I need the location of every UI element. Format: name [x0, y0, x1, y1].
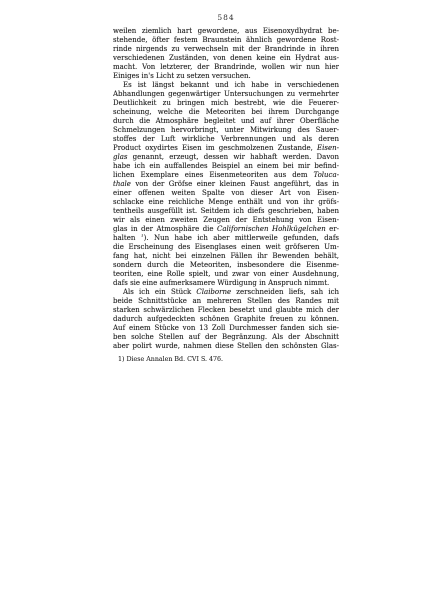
text-segment: Es ist längst bekannt und ich habe in ve… [123, 81, 339, 89]
text-line: Schmelzungen hervorbringt, unter Mitwirk… [113, 126, 339, 135]
text-segment: teoriten, eine Rolle spielt, und zwar vo… [113, 270, 339, 278]
text-segment: Auf einem Stücke von 13 Zoll Durchmesser… [113, 324, 339, 332]
italic-term: Claiborne [196, 288, 231, 296]
text-line: lichen Exemplare eines Eisenmeteoriten a… [113, 171, 339, 180]
text-segment: Abhandlungen gegenwärtiger Untersuchunge… [113, 90, 339, 98]
text-segment: sondern durch die Meteoriten, insbesonde… [113, 261, 339, 269]
text-segment: ). Nun habe ich aber mittlerweile gefund… [144, 234, 339, 242]
text-segment: durch die Atmosphäre begleitet und auf i… [113, 117, 339, 125]
text-line: Als ich ein Stück Claiborne zerschneiden… [113, 288, 339, 297]
text-line: glas genannt, erzeugt, dessen wir habhaf… [113, 153, 339, 162]
text-line: halten 1). Nun habe ich aber mittlerweil… [113, 234, 339, 243]
text-line: stehende, öfter festem Braunstein ähnlic… [113, 36, 339, 45]
text-line: wir als einen zweiten Zeugen der Entsteh… [113, 216, 339, 225]
text-segment: dadurch aufgedeckten schönen Graphite fr… [113, 315, 339, 323]
text-line: dafs sie eine aufmerksamere Würdigung in… [113, 279, 339, 288]
text-line: beide Schnittstücke an mehreren Stellen … [113, 297, 339, 306]
text-line: Product oxydirtes Eisen im geschmolzenen… [113, 144, 339, 153]
text-segment: verschiedenen Zuständen, von denen keine… [113, 54, 339, 62]
text-line: verschiedenen Zuständen, von denen keine… [113, 54, 339, 63]
text-line: fang hat, nicht bei einzelnen Fällen ihr… [113, 252, 339, 261]
text-line: Es ist längst bekannt und ich habe in ve… [113, 81, 339, 90]
text-line: scheinung, welche die Meteoriten bei ihr… [113, 108, 339, 117]
body-text: weilen ziemlich hart gewordene, aus Eise… [113, 27, 339, 351]
text-segment: von der Gröfse einer kleinen Faust angef… [131, 180, 339, 188]
text-line: teoriten, eine Rolle spielt, und zwar vo… [113, 270, 339, 279]
text-line: Auf einem Stücke von 13 Zoll Durchmesser… [113, 324, 339, 333]
text-segment: aber polirt wurde, nahmen diese Stellen … [113, 342, 339, 350]
text-line: ben solche Stellen auf der Begränzung. A… [113, 333, 339, 342]
text-line: einer offenen weiten Spalte von dieser A… [113, 189, 339, 198]
text-segment: die Erscheinung des Eisenglases einen we… [113, 243, 339, 251]
text-segment: Als ich ein Stück [123, 288, 196, 296]
text-line: habe ich ein auffallendes Beispiel an ei… [113, 162, 339, 171]
text-line: Einiges in's Licht zu setzen versuchen. [113, 72, 339, 81]
italic-term: Californischen Hohlkügelchen [217, 225, 326, 233]
text-segment: schlacke eine reichliche Menge enthält u… [113, 198, 339, 206]
text-segment: er- [326, 225, 339, 233]
text-line: starken schwärzlichen Flecken besetzt un… [113, 306, 339, 315]
text-line: dadurch aufgedeckten schönen Graphite fr… [113, 315, 339, 324]
text-segment: stoffes der Luft wirkliche Verbrennungen… [113, 135, 339, 143]
text-line: weilen ziemlich hart gewordene, aus Eise… [113, 27, 339, 36]
text-segment: Schmelzungen hervorbringt, unter Mitwirk… [113, 126, 339, 134]
text-segment: starken schwärzlichen Flecken besetzt un… [113, 306, 339, 314]
text-segment: ben solche Stellen auf der Begränzung. A… [113, 333, 339, 341]
text-line: durch die Atmosphäre begleitet und auf i… [113, 117, 339, 126]
text-segment: beide Schnittstücke an mehreren Stellen … [113, 297, 339, 305]
text-line: glas in der Atmosphäre die Californische… [113, 225, 339, 234]
text-segment: Einiges in's Licht zu setzen versuchen. [113, 72, 251, 80]
text-segment: glas in der Atmosphäre die [113, 225, 217, 233]
text-segment: macht. Von letzterer, der Brandrinde, wo… [113, 63, 339, 71]
text-line: tentheils ausgefüllt ist. Seitdem ich di… [113, 207, 339, 216]
text-segment: Deutlichkeit zu bringen mich bestrebt, w… [113, 99, 339, 107]
italic-term: Eisen- [317, 144, 339, 152]
text-segment: dafs sie eine aufmerksamere Würdigung in… [113, 279, 329, 287]
text-segment: lichen Exemplare eines Eisenmeteoriten a… [113, 171, 313, 179]
text-line: macht. Von letzterer, der Brandrinde, wo… [113, 63, 339, 72]
text-line: die Erscheinung des Eisenglases einen we… [113, 243, 339, 252]
text-line: Abhandlungen gegenwärtiger Untersuchunge… [113, 90, 339, 99]
text-line: rinde nirgends zu verwechseln mit der Br… [113, 45, 339, 54]
scanned-book-page: 584 weilen ziemlich hart gewordene, aus … [0, 0, 443, 599]
text-segment: genannt, erzeugt, dessen wir habhaft wer… [128, 153, 340, 161]
text-segment: einer offenen weiten Spalte von dieser A… [113, 189, 339, 197]
text-line: schlacke eine reichliche Menge enthält u… [113, 198, 339, 207]
text-segment: habe ich ein auffallendes Beispiel an ei… [113, 162, 339, 170]
text-line: stoffes der Luft wirkliche Verbrennungen… [113, 135, 339, 144]
text-segment: zerschneiden liefs, sah ich [231, 288, 339, 296]
text-line: sondern durch die Meteoriten, insbesonde… [113, 261, 339, 270]
text-segment: Product oxydirtes Eisen im geschmolzenen… [113, 144, 317, 152]
italic-term: Toluca- [313, 171, 339, 179]
text-line: Deutlichkeit zu bringen mich bestrebt, w… [113, 99, 339, 108]
text-segment: wir als einen zweiten Zeugen der Entsteh… [113, 216, 339, 224]
text-segment: stehende, öfter festem Braunstein ähnlic… [113, 36, 339, 44]
italic-term: thale [113, 180, 131, 188]
text-segment: halten [113, 234, 141, 242]
page-number: 584 [113, 13, 339, 22]
text-segment: scheinung, welche die Meteoriten bei ihr… [113, 108, 339, 116]
text-segment: tentheils ausgefüllt ist. Seitdem ich di… [113, 207, 339, 215]
italic-term: glas [113, 153, 128, 161]
text-segment: weilen ziemlich hart gewordene, aus Eise… [113, 27, 339, 35]
text-segment: rinde nirgends zu verwechseln mit der Br… [113, 45, 339, 53]
footnote: 1) Diese Annalen Bd. CVI S. 476. [118, 356, 339, 363]
text-segment: fang hat, nicht bei einzelnen Fällen ihr… [113, 252, 339, 260]
text-line: aber polirt wurde, nahmen diese Stellen … [113, 342, 339, 351]
text-line: thale von der Gröfse einer kleinen Faust… [113, 180, 339, 189]
